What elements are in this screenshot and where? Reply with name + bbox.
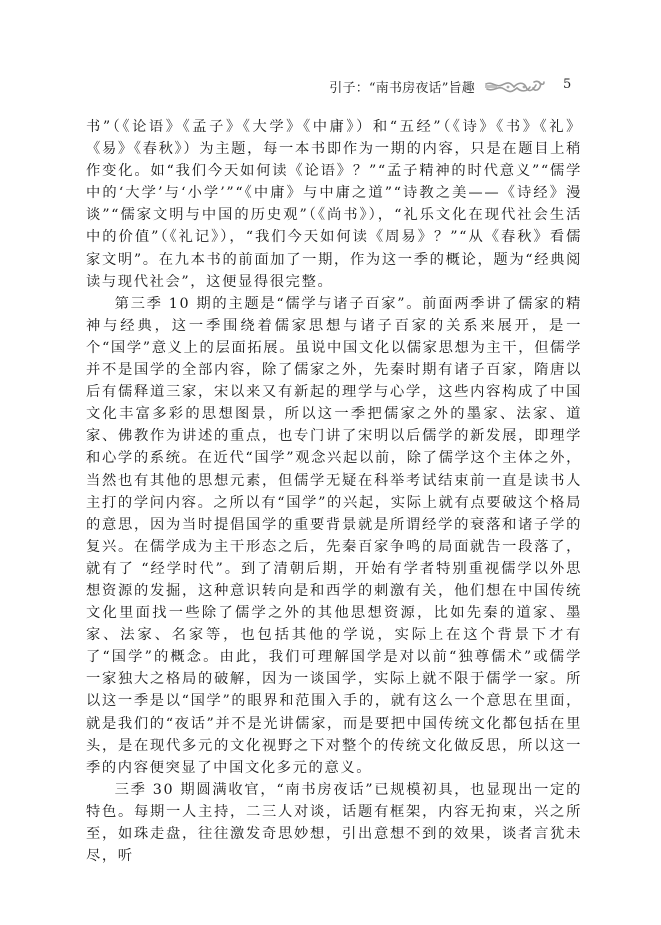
- page-number: 5: [563, 77, 571, 92]
- running-header: 引子：“南书房夜话”旨趣 5: [0, 76, 661, 98]
- paragraph-3: 三季 30 期圆满收官，“南书房夜话”已规模初具，也显现出一定的特色。每期一人主…: [86, 779, 582, 867]
- paragraph-2: 第三季 10 期的主题是“儒学与诸子百家”。前面两季讲了儒家的精神与经典，这一季…: [86, 293, 582, 779]
- body-text: 书”（《论语》《孟子》《大学》《中庸》）和“五经”（《诗》《书》《礼》《易》《春…: [86, 116, 582, 867]
- chapter-title: 引子：“南书房夜话”旨趣: [329, 77, 475, 96]
- paragraph-1: 书”（《论语》《孟子》《大学》《中庸》）和“五经”（《诗》《书》《礼》《易》《春…: [86, 116, 582, 293]
- dragon-ornament-icon: [484, 79, 546, 95]
